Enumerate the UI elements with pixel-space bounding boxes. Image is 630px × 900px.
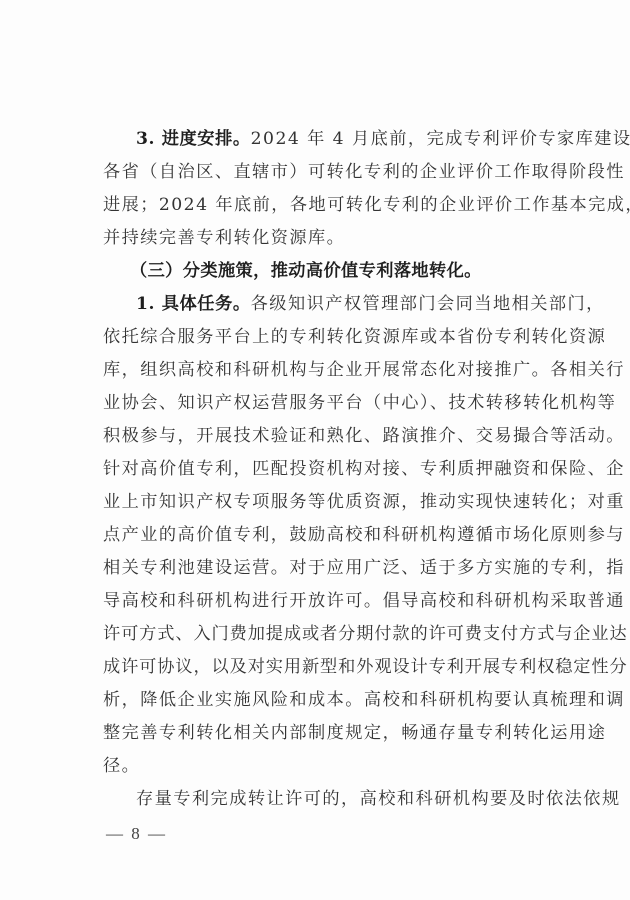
paragraph-line: 库，组织高校和科研机构与企业开展常态化对接推广。各相关行 — [103, 358, 575, 382]
item-heading: 1. 具体任务。 — [136, 294, 251, 314]
paragraph-line: 整完善专利转化相关内部制度规定，畅通存量专利转化运用途 — [103, 721, 575, 745]
paragraph-line: 业协会、知识产权运营服务平台（中心）、技术转移转化机构等 — [103, 391, 575, 415]
paragraph-line: 存量专利完成转让许可的，高校和科研机构要及时依法依规 — [136, 787, 575, 811]
paragraph-line: 点产业的高价值专利，鼓励高校和科研机构遵循市场化原则参与 — [103, 523, 575, 547]
section-heading: （三）分类施策，推动高价值专利落地转化。 — [130, 259, 569, 283]
paragraph-line: 相关专利池建设运营。对于应用广泛、适于多方实施的专利，指 — [103, 556, 575, 580]
paragraph-line: 成许可协议，以及对实用新型和外观设计专利开展专利权稳定性分 — [103, 655, 575, 679]
paragraph-line: 径。 — [103, 754, 575, 778]
paragraph-line: 导高校和科研机构进行开放许可。倡导高校和科研机构采取普通 — [103, 589, 575, 613]
paragraph-line: 并持续完善专利转化资源库。 — [103, 226, 575, 250]
paragraph-line: 析，降低企业实施风险和成本。高校和科研机构要认真梳理和调 — [103, 688, 575, 712]
page-number: — 8 — — [106, 824, 167, 844]
paragraph-line: 依托综合服务平台上的专利转化资源库或本省份专利转化资源 — [103, 325, 575, 349]
paragraph-line: 1. 具体任务。各级知识产权管理部门会同当地相关部门， — [136, 292, 575, 316]
item-heading: 3. 进度安排。 — [136, 129, 251, 149]
paragraph-line: 各省（自治区、直辖市）可转化专利的企业评价工作取得阶段性 — [103, 160, 575, 184]
document-page: 3. 进度安排。2024 年 4 月底前，完成专利评价专家库建设， 各省（自治区… — [0, 0, 630, 900]
paragraph-line: 业上市知识产权专项服务等优质资源，推动实现快速转化；对重 — [103, 490, 575, 514]
paragraph-line: 3. 进度安排。2024 年 4 月底前，完成专利评价专家库建设， — [136, 127, 575, 151]
paragraph-line: 针对高价值专利，匹配投资机构对接、专利质押融资和保险、企 — [103, 457, 575, 481]
paragraph-line: 许可方式、入门费加提成或者分期付款的许可费支付方式与企业达 — [103, 622, 575, 646]
paragraph-line: 进展；2024 年底前，各地可转化专利的企业评价工作基本完成， — [103, 193, 575, 217]
paragraph-line: 积极参与，开展技术验证和熟化、路演推介、交易撮合等活动。 — [103, 424, 575, 448]
